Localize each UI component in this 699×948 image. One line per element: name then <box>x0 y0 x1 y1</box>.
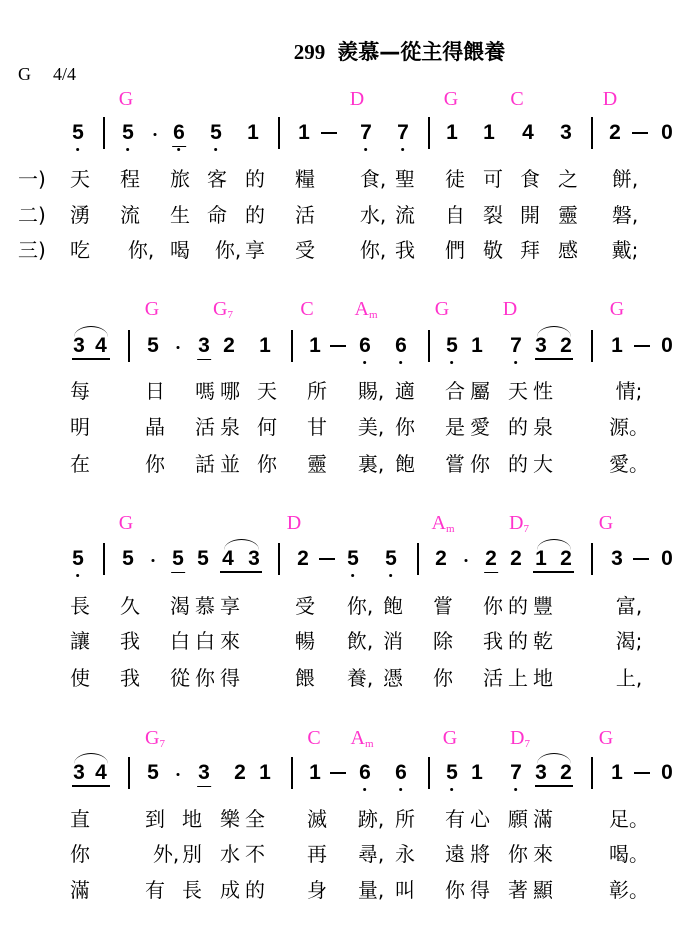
chord-root: D <box>287 512 301 534</box>
lyric-syllable: 乾 <box>533 625 553 654</box>
beam-underline <box>533 571 574 573</box>
lyric-syllable: 生 <box>170 199 190 228</box>
lyric-syllable: 裏, <box>358 448 384 477</box>
note: 1 <box>259 334 271 358</box>
beam-underline <box>535 358 573 360</box>
lyric-syllable: 地 <box>182 803 202 832</box>
note: 5 <box>72 121 84 145</box>
chord-symbol: G <box>599 512 613 535</box>
lyric-syllable: 渴 <box>170 590 190 619</box>
lyric-syllable: 願 <box>508 803 528 832</box>
lyric-syllable: 流 <box>120 199 140 228</box>
note: 2 <box>223 334 235 358</box>
note: 4 <box>95 334 107 358</box>
lyric-syllable: 每 <box>70 375 90 404</box>
lyric-syllable: 合 <box>445 375 465 404</box>
note: 1 <box>446 121 458 145</box>
note: 1 <box>247 121 259 145</box>
chord-symbol: G <box>443 727 457 750</box>
lyric-syllable: 白 <box>195 625 215 654</box>
lyric-syllable: 憑 <box>383 662 403 691</box>
lyric-syllable: 戴; <box>612 234 639 263</box>
chord-symbol: D <box>503 298 517 321</box>
lyric-syllable: 食 <box>520 163 540 192</box>
chord-root: G <box>599 512 613 534</box>
lyric-syllable: 的 <box>245 163 265 192</box>
lyric-syllable: 吃 <box>70 234 90 263</box>
lyric-syllable: 我 <box>395 234 415 263</box>
slur-arc <box>74 326 108 337</box>
lyric-syllable: 天 <box>508 375 528 404</box>
lyric-syllable: 甘 <box>307 411 327 440</box>
lyric-syllable: 的 <box>245 874 265 903</box>
augmentation-dot <box>152 559 155 562</box>
lyric-syllable: 何 <box>257 411 277 440</box>
lyric-syllable: 源。 <box>609 411 649 440</box>
note: 3 <box>73 334 85 358</box>
lyric-syllable: 豐 <box>533 590 553 619</box>
lyric-syllable: 湧 <box>70 199 90 228</box>
lyric-syllable: 不 <box>245 838 265 867</box>
note: 2 <box>560 761 572 785</box>
lyric-syllable: 享 <box>245 234 265 263</box>
key-label: G <box>18 64 31 84</box>
lyric-syllable: 消 <box>383 625 403 654</box>
lyric-syllable: 再 <box>307 838 327 867</box>
note: 0 <box>661 334 673 358</box>
lyric-syllable: 享 <box>220 590 240 619</box>
sustain-dash <box>321 132 337 134</box>
lyric-syllable: 直 <box>70 803 90 832</box>
chord-symbol: G <box>444 88 458 111</box>
lyric-syllable: 白 <box>170 625 190 654</box>
note: 1 <box>471 761 483 785</box>
chord-symbol: G <box>435 298 449 321</box>
note: 5 <box>122 121 134 145</box>
lyric-syllable: 喝 <box>170 234 190 263</box>
lyric-syllable: 徒 <box>445 163 465 192</box>
chord-root: G <box>119 512 133 534</box>
note: 1 <box>471 334 483 358</box>
note: 5 <box>147 334 159 358</box>
lyric-syllable: 所 <box>307 375 327 404</box>
note: 6 <box>173 121 185 145</box>
chord-root: A <box>350 727 364 749</box>
note: 3 <box>560 121 572 145</box>
sustain-dash <box>633 558 649 560</box>
lyric-syllable: 大 <box>533 448 553 477</box>
sustain-dash <box>330 345 346 347</box>
lyric-syllable: 從 <box>170 662 190 691</box>
note: 5 <box>210 121 222 145</box>
hymn-title: 299羨慕—從主得餵養 <box>0 36 699 66</box>
chord-root: A <box>431 512 445 534</box>
lyric-syllable: 明 <box>70 411 90 440</box>
lyric-syllable: 旅 <box>170 163 190 192</box>
chord-symbol: C <box>510 88 523 111</box>
chord-quality: 7 <box>524 738 530 750</box>
note: 7 <box>397 121 409 145</box>
lyric-syllable: 量, <box>358 874 384 903</box>
chord-root: C <box>300 298 313 320</box>
lyric-syllable: 你 <box>395 411 415 440</box>
lyric-syllable: 富, <box>616 590 642 619</box>
lyric-syllable: 飽 <box>395 448 415 477</box>
chord-root: G <box>145 727 159 749</box>
lyric-syllable: 足。 <box>609 803 649 832</box>
lyric-syllable: 飽 <box>383 590 403 619</box>
lyric-syllable: 慕 <box>195 590 215 619</box>
chord-quality: m <box>369 309 378 321</box>
lyric-syllable: 泉 <box>533 411 553 440</box>
lyric-syllable: 晶 <box>145 411 165 440</box>
lyric-syllable: 活 <box>483 662 503 691</box>
chord-root: C <box>307 727 320 749</box>
note: 7 <box>360 121 372 145</box>
lyric-syllable: 滿 <box>70 874 90 903</box>
lyric-syllable: 受 <box>295 590 315 619</box>
note: 3 <box>198 761 210 785</box>
augmentation-dot <box>177 773 180 776</box>
lyric-syllable: 滅 <box>307 803 327 832</box>
lyric-syllable: 你 <box>145 448 165 477</box>
lyric-syllable: 聖 <box>395 163 415 192</box>
note: 2 <box>435 547 447 571</box>
note: 1 <box>309 761 321 785</box>
lyric-syllable: 程 <box>120 163 140 192</box>
lyric-syllable: 有 <box>145 874 165 903</box>
lyric-syllable: 開 <box>520 199 540 228</box>
barline <box>591 117 593 149</box>
barline <box>291 757 293 789</box>
lyric-syllable: 敬 <box>483 234 503 263</box>
sustain-dash <box>634 772 650 774</box>
lyric-syllable: 的 <box>245 199 265 228</box>
lyric-syllable: 水, <box>360 199 386 228</box>
chord-root: D <box>603 88 617 110</box>
note: 3 <box>535 334 547 358</box>
lyric-syllable: 得 <box>470 874 490 903</box>
lyric-syllable: 你 <box>195 662 215 691</box>
chord-root: C <box>510 88 523 110</box>
augmentation-dot <box>465 559 468 562</box>
lyric-syllable: 你, <box>360 234 386 263</box>
note: 3 <box>73 761 85 785</box>
note: 5 <box>197 547 209 571</box>
note: 2 <box>560 547 572 571</box>
lyric-syllable: 靈 <box>307 448 327 477</box>
barline <box>428 330 430 362</box>
lyric-syllable: 們 <box>445 234 465 263</box>
lyric-syllable: 我 <box>120 625 140 654</box>
barline <box>278 543 280 575</box>
note: 0 <box>661 761 673 785</box>
note: 5 <box>122 547 134 571</box>
lyric-syllable: 心 <box>470 803 490 832</box>
beam-underline <box>535 785 573 787</box>
chord-symbol: G <box>599 727 613 750</box>
lyric-syllable: 活 <box>195 411 215 440</box>
lyric-syllable: 並 <box>220 448 240 477</box>
chord-symbol: D7 <box>510 727 530 750</box>
barline <box>591 330 593 362</box>
note: 0 <box>661 121 673 145</box>
lyric-syllable: 上 <box>508 662 528 691</box>
lyric-syllable: 你 <box>470 448 490 477</box>
chord-root: D <box>510 727 524 749</box>
lyric-syllable: 顯 <box>533 874 553 903</box>
lyric-syllable: 身 <box>307 874 327 903</box>
lyric-syllable: 是 <box>445 411 465 440</box>
lyric-syllable: 你 <box>433 662 453 691</box>
lyric-syllable: 性 <box>533 375 553 404</box>
lyric-syllable: 你, <box>215 234 241 263</box>
lyric-syllable: 哪 <box>220 375 240 404</box>
lyric-syllable: 別 <box>182 838 202 867</box>
lyric-syllable: 使 <box>70 662 90 691</box>
lyric-syllable: 彰。 <box>609 874 649 903</box>
note: 3 <box>248 547 260 571</box>
chord-symbol: D7 <box>509 512 529 535</box>
lyric-syllable: 在 <box>70 448 90 477</box>
barline <box>591 757 593 789</box>
time-signature: 4/4 <box>53 64 76 84</box>
lyric-syllable: 話 <box>195 448 215 477</box>
chord-symbol: G7 <box>145 727 165 750</box>
lyric-syllable: 靈 <box>558 199 578 228</box>
chord-quality: 7 <box>159 738 165 750</box>
lyric-syllable: 屬 <box>470 375 490 404</box>
lyric-syllable: 的 <box>508 411 528 440</box>
chord-root: G <box>213 298 227 320</box>
chord-root: G <box>599 727 613 749</box>
lyric-syllable: 來 <box>533 838 553 867</box>
lyric-syllable: 你 <box>257 448 277 477</box>
note: 2 <box>609 121 621 145</box>
lyric-syllable: 長 <box>182 874 202 903</box>
lyric-syllable: 的 <box>508 448 528 477</box>
note: 6 <box>359 761 371 785</box>
hymn-name: 羨慕—從主得餵養 <box>337 40 505 64</box>
lyric-syllable: 自 <box>445 199 465 228</box>
note: 5 <box>172 547 184 571</box>
chord-root: G <box>145 298 159 320</box>
note: 4 <box>522 121 534 145</box>
chord-symbol: D <box>603 88 617 111</box>
lyric-syllable: 你, <box>347 590 373 619</box>
lyric-syllable: 餅, <box>612 163 638 192</box>
lyric-syllable: 受 <box>295 234 315 263</box>
slur-arc <box>537 753 571 764</box>
chord-symbol: G <box>119 512 133 535</box>
lyric-syllable: 除 <box>433 625 453 654</box>
verse-label: 一) <box>18 163 46 192</box>
note: 4 <box>222 547 234 571</box>
note: 3 <box>611 547 623 571</box>
barline <box>591 543 593 575</box>
lyric-syllable: 水 <box>220 838 240 867</box>
lyric-syllable: 情; <box>616 375 643 404</box>
note: 3 <box>535 761 547 785</box>
note: 5 <box>385 547 397 571</box>
lyric-syllable: 嘗 <box>445 448 465 477</box>
lyric-syllable: 愛 <box>470 411 490 440</box>
note: 6 <box>395 334 407 358</box>
slur-arc <box>537 326 571 337</box>
lyric-syllable: 成 <box>220 874 240 903</box>
slur-arc <box>74 753 108 764</box>
barline <box>103 117 105 149</box>
lyric-syllable: 上, <box>616 662 642 691</box>
chord-symbol: Am <box>354 298 377 321</box>
lyric-syllable: 我 <box>483 625 503 654</box>
lyric-syllable: 命 <box>207 199 227 228</box>
note: 6 <box>359 334 371 358</box>
lyric-syllable: 全 <box>245 803 265 832</box>
beam-underline <box>72 785 110 787</box>
chord-symbol: G7 <box>213 298 233 321</box>
barline <box>428 117 430 149</box>
slur-arc <box>537 539 571 550</box>
chord-quality: m <box>446 523 455 535</box>
note: 4 <box>95 761 107 785</box>
chord-root: A <box>354 298 368 320</box>
chord-quality: 7 <box>523 523 529 535</box>
note: 7 <box>510 761 522 785</box>
lyric-syllable: 渴; <box>616 625 643 654</box>
augmentation-dot <box>177 346 180 349</box>
barline <box>417 543 419 575</box>
lyric-syllable: 嘗 <box>433 590 453 619</box>
lyric-syllable: 感 <box>558 234 578 263</box>
chord-quality: m <box>365 738 374 750</box>
lyric-syllable: 跡, <box>358 803 384 832</box>
lyric-syllable: 遠 <box>445 838 465 867</box>
sustain-dash <box>330 772 346 774</box>
lyric-syllable: 食, <box>360 163 386 192</box>
chord-root: G <box>444 88 458 110</box>
verse-label: 二) <box>18 199 46 228</box>
lyric-syllable: 地 <box>533 662 553 691</box>
lyric-syllable: 磐, <box>612 199 638 228</box>
lyric-syllable: 永 <box>395 838 415 867</box>
lyric-syllable: 所 <box>395 803 415 832</box>
note: 7 <box>510 334 522 358</box>
lyric-syllable: 養, <box>347 662 373 691</box>
lyric-syllable: 將 <box>470 838 490 867</box>
verse-label: 三) <box>18 234 46 263</box>
lyric-syllable: 到 <box>145 803 165 832</box>
lyric-syllable: 客 <box>207 163 227 192</box>
lyric-syllable: 叫 <box>395 874 415 903</box>
note: 6 <box>395 761 407 785</box>
note: 1 <box>483 121 495 145</box>
sustain-dash <box>319 558 335 560</box>
chord-symbol: C <box>300 298 313 321</box>
lyric-syllable: 久 <box>120 590 140 619</box>
chord-symbol: G <box>145 298 159 321</box>
lyric-syllable: 讓 <box>70 625 90 654</box>
lyric-syllable: 可 <box>483 163 503 192</box>
chord-symbol: D <box>287 512 301 535</box>
lyric-syllable: 有 <box>445 803 465 832</box>
lyric-syllable: 日 <box>145 375 165 404</box>
chord-root: D <box>350 88 364 110</box>
lyric-syllable: 來 <box>220 625 240 654</box>
sustain-dash <box>632 132 648 134</box>
lyric-syllable: 拜 <box>520 234 540 263</box>
note: 1 <box>309 334 321 358</box>
lyric-syllable: 尋, <box>358 838 384 867</box>
chord-quality: 7 <box>227 309 233 321</box>
note: 1 <box>298 121 310 145</box>
lyric-syllable: 的 <box>508 590 528 619</box>
lyric-syllable: 你 <box>445 874 465 903</box>
note: 5 <box>147 761 159 785</box>
note: 1 <box>611 761 623 785</box>
barline <box>128 757 130 789</box>
note: 5 <box>347 547 359 571</box>
note: 2 <box>297 547 309 571</box>
note: 5 <box>446 334 458 358</box>
chord-symbol: Am <box>350 727 373 750</box>
lyric-syllable: 暢 <box>295 625 315 654</box>
note: 3 <box>198 334 210 358</box>
note: 1 <box>259 761 271 785</box>
lyric-syllable: 外, <box>153 838 179 867</box>
lyric-syllable: 糧 <box>295 163 315 192</box>
lyric-syllable: 嗎 <box>195 375 215 404</box>
lyric-syllable: 著 <box>508 874 528 903</box>
chord-root: G <box>610 298 624 320</box>
chord-symbol: C <box>307 727 320 750</box>
lyric-syllable: 天 <box>257 375 277 404</box>
lyric-syllable: 裂 <box>483 199 503 228</box>
beam-underline <box>72 358 110 360</box>
lyric-syllable: 之 <box>558 163 578 192</box>
lyric-syllable: 流 <box>395 199 415 228</box>
barline <box>291 330 293 362</box>
barline <box>103 543 105 575</box>
lyric-syllable: 滿 <box>533 803 553 832</box>
lyric-syllable: 樂 <box>220 803 240 832</box>
chord-root: D <box>503 298 517 320</box>
chord-symbol: G <box>610 298 624 321</box>
chord-root: G <box>435 298 449 320</box>
lyric-syllable: 得 <box>220 662 240 691</box>
hymn-number: 299 <box>294 40 326 64</box>
lyric-syllable: 你, <box>128 234 154 263</box>
chord-root: D <box>509 512 523 534</box>
lyric-syllable: 你 <box>70 838 90 867</box>
lyric-syllable: 喝。 <box>609 838 649 867</box>
note: 2 <box>560 334 572 358</box>
note: 5 <box>72 547 84 571</box>
lyric-syllable: 賜, <box>358 375 384 404</box>
lyric-syllable: 你 <box>483 590 503 619</box>
lyric-syllable: 你 <box>508 838 528 867</box>
chord-root: G <box>119 88 133 110</box>
lyric-syllable: 餵 <box>295 662 315 691</box>
note: 2 <box>510 547 522 571</box>
augmentation-dot <box>154 133 157 136</box>
barline <box>278 117 280 149</box>
lyric-syllable: 泉 <box>220 411 240 440</box>
lyric-syllable: 適 <box>395 375 415 404</box>
note: 0 <box>661 547 673 571</box>
slur-arc <box>224 539 259 550</box>
chord-symbol: Am <box>431 512 454 535</box>
